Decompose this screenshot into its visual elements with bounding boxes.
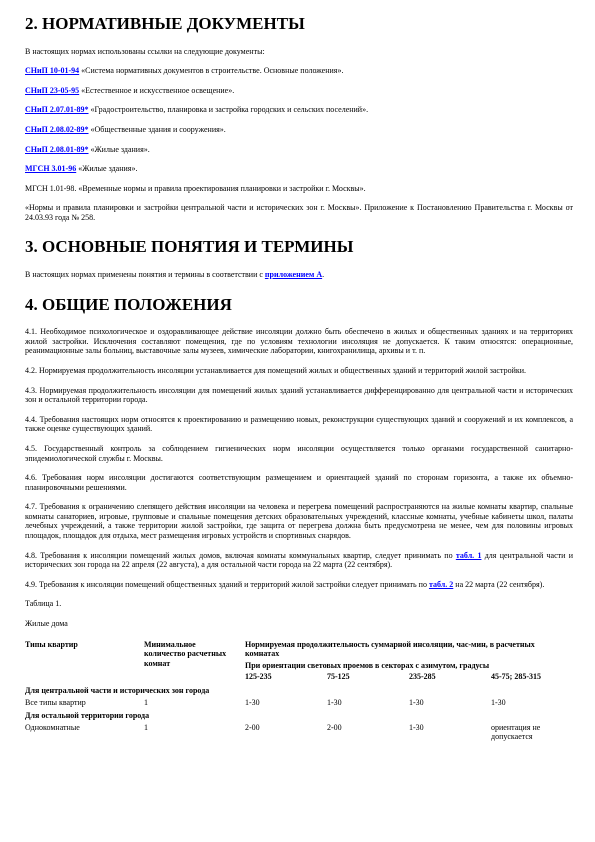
cell-type: Однокомнатные [25,722,144,743]
mgsn-3-01-96-link[interactable]: МГСН 3.01-96 [25,164,76,173]
reference-text: «Система нормативных документов в строит… [79,66,343,75]
reference-text: «Общественные здания и сооружения». [89,125,226,134]
cell-type: Все типы квартир [25,697,144,709]
reference-item: СНиП 2.08.01-89* «Жилые здания». [25,145,573,155]
section-2-heading: 2. НОРМАТИВНЫЕ ДОКУМЕНТЫ [25,14,573,34]
reference-item: СНиП 10-01-94 «Система нормативных докум… [25,66,573,76]
section-4-heading: 4. ОБЩИЕ ПОЛОЖЕНИЯ [25,295,573,315]
paragraph-4-6: 4.6. Требования норм инсоляции достигают… [25,473,573,492]
table-header-row-1: Типы квартир Минимальное количество расч… [25,639,573,660]
insolation-table: Типы квартир Минимальное количество расч… [25,639,573,743]
paragraph-4-4: 4.4. Требования настоящих норм относятся… [25,415,573,434]
p49-text-before: 4.9. Требования к инсоляции помещений об… [25,580,429,589]
cell-min-rooms: 1 [144,697,245,709]
azimuth-header: 45-75; 285-315 [491,671,573,683]
paragraph-4-8: 4.8. Требования к инсоляции помещений жи… [25,551,573,570]
reference-item: МГСН 3.01-96 «Жилые здания». [25,164,573,174]
table-caption: Таблица 1. [25,599,573,609]
reference-item: СНиП 2.07.01-89* «Градостроительство, пл… [25,105,573,115]
paragraph-4-2: 4.2. Нормируемая продолжительность инсол… [25,366,573,376]
col-header-types: Типы квартир [25,639,144,683]
snip-2-07-01-link[interactable]: СНиП 2.07.01-89* [25,105,89,114]
reference-text: «Естественное и искусственное освещение»… [79,86,234,95]
cell-value: 2-00 [327,722,409,743]
p49-text-after: на 22 марта (22 сентября). [453,580,544,589]
reference-text: «Градостроительство, планировка и застро… [89,105,369,114]
paragraph-4-9: 4.9. Требования к инсоляции помещений об… [25,580,573,590]
col-header-group: Нормируемая продолжительность суммарной … [245,639,573,660]
table-section-row: Для остальной территории города [25,708,573,722]
cell-value: 1-30 [409,697,491,709]
reference-item: «Нормы и правила планировки и застройки … [25,203,573,222]
reference-item: СНиП 2.08.02-89* «Общественные здания и … [25,125,573,135]
terms-text-after: . [322,270,324,279]
document-page: 2. НОРМАТИВНЫЕ ДОКУМЕНТЫ В настоящих нор… [0,0,595,743]
section-2-intro: В настоящих нормах использованы ссылки н… [25,47,573,57]
table-2-link[interactable]: табл. 2 [429,580,453,589]
cell-value: 2-00 [245,722,327,743]
cell-value: ориентация не допускается [491,722,573,743]
cell-value: 1-30 [491,697,573,709]
table-subcaption: Жилые дома [25,619,573,629]
col-header-subgroup: При ориентации световых проемов в сектор… [245,660,573,672]
cell-value: 1-30 [409,722,491,743]
col-header-min-rooms: Минимальное количество расчетных комнат [144,639,245,683]
section-3-heading: 3. ОСНОВНЫЕ ПОНЯТИЯ И ТЕРМИНЫ [25,237,573,257]
paragraph-4-5: 4.5. Государственный контроль за соблюде… [25,444,573,463]
section-title: Для остальной территории города [25,708,573,722]
paragraph-4-1: 4.1. Необходимое психологическое и оздор… [25,327,573,356]
table-section-row: Для центральной части и исторических зон… [25,683,573,697]
section-3-body: В настоящих нормах применены понятия и т… [25,270,573,280]
terms-text-before: В настоящих нормах применены понятия и т… [25,270,265,279]
snip-2-08-02-link[interactable]: СНиП 2.08.02-89* [25,125,89,134]
azimuth-header: 75-125 [327,671,409,683]
table-row: Все типы квартир 1 1-30 1-30 1-30 1-30 [25,697,573,709]
reference-item: МГСН 1.01-98. «Временные нормы и правила… [25,184,573,194]
section-title: Для центральной части и исторических зон… [25,683,573,697]
paragraph-4-7: 4.7. Требования к ограничению слепящего … [25,502,573,540]
p48-text-before: 4.8. Требования к инсоляции помещений жи… [25,551,456,560]
reference-text: «Жилые здания». [89,145,150,154]
azimuth-header: 235-285 [409,671,491,683]
reference-item: СНиП 23-05-95 «Естественное и искусствен… [25,86,573,96]
snip-10-01-94-link[interactable]: СНиП 10-01-94 [25,66,79,75]
snip-23-05-95-link[interactable]: СНиП 23-05-95 [25,86,79,95]
table-1-link[interactable]: табл. 1 [456,551,482,560]
azimuth-header: 125-235 [245,671,327,683]
cell-min-rooms: 1 [144,722,245,743]
cell-value: 1-30 [245,697,327,709]
appendix-a-link[interactable]: приложением А [265,270,322,279]
cell-value: 1-30 [327,697,409,709]
snip-2-08-01-link[interactable]: СНиП 2.08.01-89* [25,145,89,154]
table-row: Однокомнатные 1 2-00 2-00 1-30 ориентаци… [25,722,573,743]
paragraph-4-3: 4.3. Нормируемая продолжительность инсол… [25,386,573,405]
reference-text: «Жилые здания». [76,164,137,173]
